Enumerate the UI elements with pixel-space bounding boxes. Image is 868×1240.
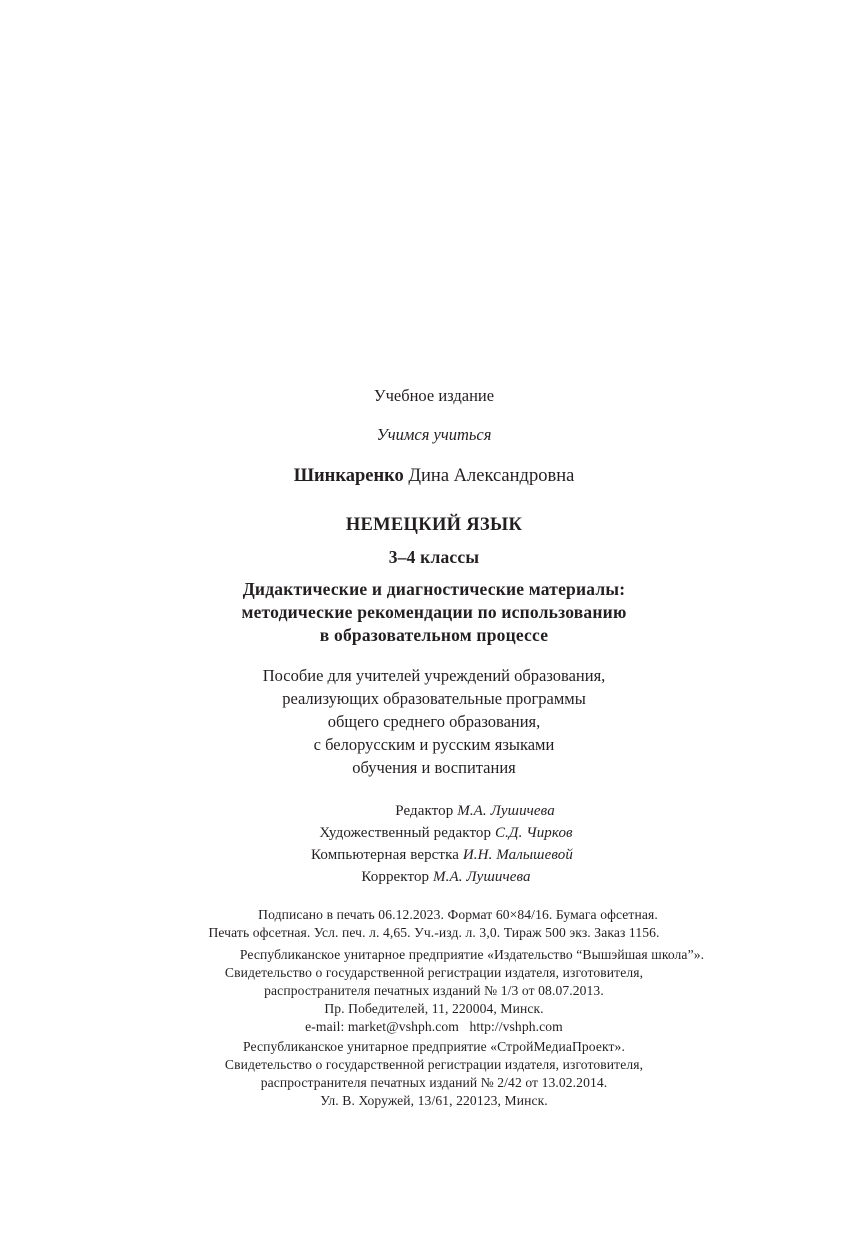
publisher-line: Республиканское унитарное предприятие «И… <box>38 947 868 963</box>
publisher-address: Пр. Победителей, 11, 220004, Минск. <box>0 1001 868 1017</box>
subtitle-line: методические рекомендации по использован… <box>0 602 868 623</box>
printer-line: распространителя печатных изданий № 2/42… <box>0 1075 868 1091</box>
credit-art-editor: Художественный редактор С.Д. Чирков <box>12 825 868 842</box>
print-info-line: Печать офсетная. Усл. печ. л. 4,65. Уч.-… <box>0 925 868 941</box>
subtitle-line: в образовательном процессе <box>0 625 868 646</box>
print-info-line: Подписано в печать 06.12.2023. Формат 60… <box>24 907 868 923</box>
audience-line: с белорусским и русским языками <box>0 735 868 755</box>
credit-layout: Компьютерная верстка И.Н. Малышевой <box>8 847 868 864</box>
series-title: Учимся учиться <box>0 425 868 445</box>
author-given-names: Дина Александровна <box>408 466 574 486</box>
credit-editor: Редактор М.А. Лушичева <box>41 803 868 820</box>
publisher-line: Свидетельство о государственной регистра… <box>0 965 868 981</box>
audience-line: обучения и воспитания <box>0 758 868 778</box>
credit-proofreader: Корректор М.А. Лушичева <box>12 869 868 886</box>
audience-line: общего среднего образования, <box>0 712 868 732</box>
publisher-line: распространителя печатных изданий № 1/3 … <box>0 983 868 999</box>
publisher-contacts: e-mail: market@vshph.com http://vshph.co… <box>0 1019 868 1035</box>
printer-line: Республиканское унитарное предприятие «С… <box>0 1039 868 1055</box>
printer-address: Ул. В. Хоружей, 13/61, 220123, Минск. <box>0 1093 868 1109</box>
book-title: НЕМЕЦКИЙ ЯЗЫК <box>0 515 868 536</box>
grades: 3–4 классы <box>0 547 868 568</box>
subtitle-line: Дидактические и диагностические материал… <box>0 579 868 600</box>
author: Шинкаренко Дина Александровна <box>0 466 868 487</box>
audience-line: реализующих образовательные программы <box>0 689 868 709</box>
edition-type: Учебное издание <box>0 386 868 406</box>
author-surname: Шинкаренко <box>294 466 404 486</box>
printer-line: Свидетельство о государственной регистра… <box>0 1057 868 1073</box>
audience-line: Пособие для учителей учреждений образова… <box>0 666 868 686</box>
